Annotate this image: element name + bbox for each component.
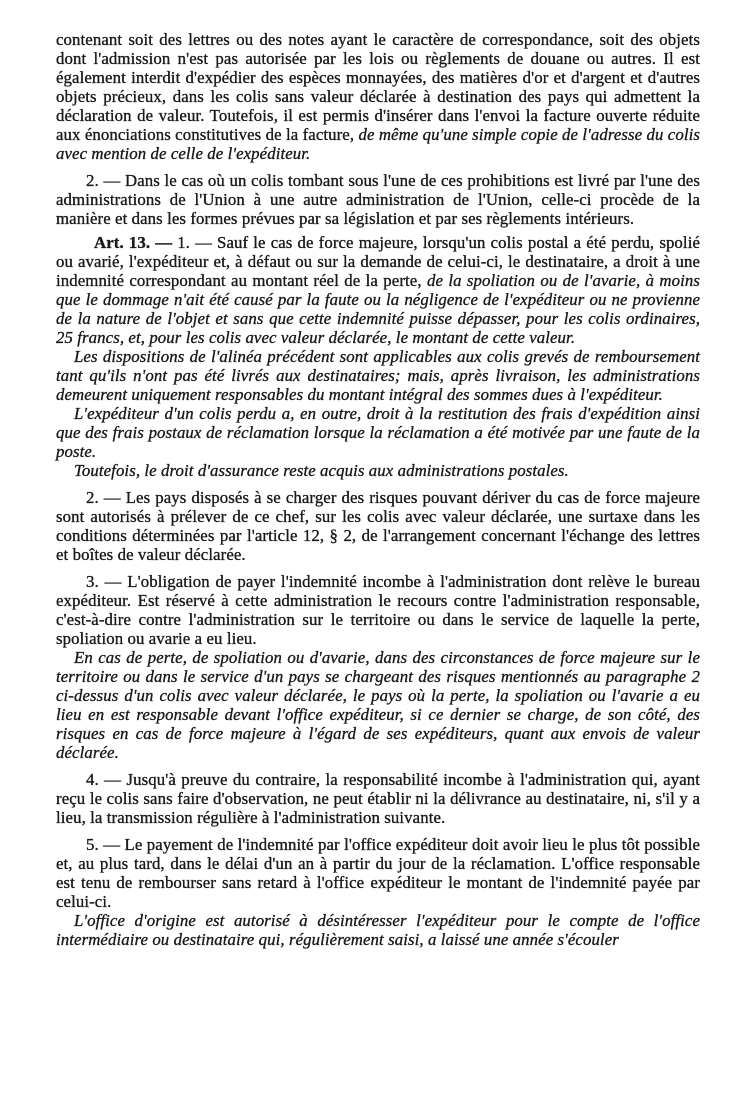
alinea-force-majeure: En cas de perte, de spoliation ou d'avar… <box>56 648 700 762</box>
alinea-droit-assurance: Toutefois, le droit d'assurance reste ac… <box>56 461 700 480</box>
body-text-italic: En cas de perte, de spoliation ou d'avar… <box>56 648 700 762</box>
paragraph-art13-clause-3: 3. — L'obligation de payer l'indemnité i… <box>56 572 700 648</box>
paragraph-intro-continuation: contenant soit des lettres ou des notes … <box>56 30 700 163</box>
text-column: contenant soit des lettres ou des notes … <box>56 30 700 949</box>
alinea-restitution-frais: L'expéditeur d'un colis perdu a, en outr… <box>56 404 700 461</box>
body-text-italic: Toutefois, le droit d'assurance reste ac… <box>74 461 569 480</box>
body-text: 2. — Les pays disposés à se charger des … <box>56 488 700 564</box>
paragraph-clause-2: 2. — Dans le cas où un colis tombant sou… <box>56 171 700 228</box>
body-text: 4. — Jusqu'à preuve du contraire, la res… <box>56 770 700 827</box>
body-text-italic: L'expéditeur d'un colis perdu a, en outr… <box>56 404 700 461</box>
paragraph-art13-clause-2: 2. — Les pays disposés à se charger des … <box>56 488 700 564</box>
paragraph-art13-clause-4: 4. — Jusqu'à preuve du contraire, la res… <box>56 770 700 827</box>
alinea-remboursement: Les dispositions de l'alinéa précédent s… <box>56 347 700 404</box>
body-text: 3. — L'obligation de payer l'indemnité i… <box>56 572 700 648</box>
article-13-heading: Art. 13. — <box>94 233 177 252</box>
alinea-office-origine: L'office d'origine est autorisé à désint… <box>56 911 700 949</box>
body-text-italic: L'office d'origine est autorisé à désint… <box>56 911 700 949</box>
paragraph-article-13: Art. 13. — 1. — Sauf le cas de force maj… <box>56 233 700 347</box>
body-text: 2. — Dans le cas où un colis tombant sou… <box>56 171 700 228</box>
body-text: 5. — Le payement de l'indemnité par l'of… <box>56 835 700 911</box>
body-text-italic: Les dispositions de l'alinéa précédent s… <box>56 347 700 404</box>
scanned-document-page: contenant soit des lettres ou des notes … <box>0 0 752 1100</box>
paragraph-art13-clause-5: 5. — Le payement de l'indemnité par l'of… <box>56 835 700 911</box>
